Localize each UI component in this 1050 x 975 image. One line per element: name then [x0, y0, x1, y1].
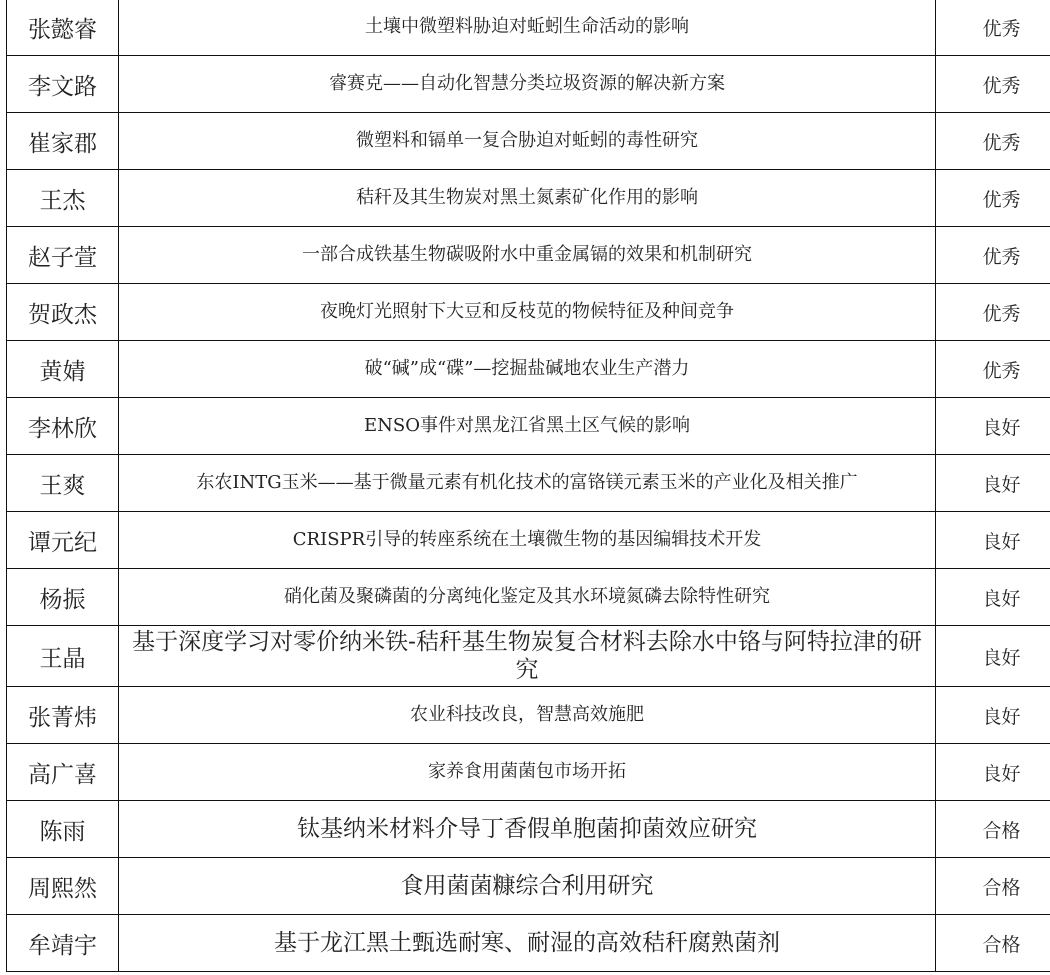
grade: 合格	[936, 858, 1050, 915]
table-row: 张菁炜 农业科技改良，智慧高效施肥 良好	[7, 687, 1050, 744]
project-title: ENSO事件对黑龙江省黑土区气候的影响	[119, 398, 936, 455]
table-row: 杨振 硝化菌及聚磷菌的分离纯化鉴定及其水环境氮磷去除特性研究 良好	[7, 569, 1050, 626]
grade: 良好	[936, 687, 1050, 744]
student-name: 谭元纪	[7, 512, 119, 569]
project-title: 硝化菌及聚磷菌的分离纯化鉴定及其水环境氮磷去除特性研究	[119, 569, 936, 626]
student-name: 王晶	[7, 626, 119, 687]
table-row: 高广喜 家养食用菌菌包市场开拓 良好	[7, 744, 1050, 801]
grade: 合格	[936, 801, 1050, 858]
project-title: CRISPR引导的转座系统在土壤微生物的基因编辑技术开发	[119, 512, 936, 569]
student-name: 王杰	[7, 170, 119, 227]
table-row: 谭元纪 CRISPR引导的转座系统在土壤微生物的基因编辑技术开发 良好	[7, 512, 1050, 569]
grade: 优秀	[936, 170, 1050, 227]
grade: 优秀	[936, 113, 1050, 170]
table-row: 黄婧 破“碱”成“碟”—挖掘盐碱地农业生产潜力 优秀	[7, 341, 1050, 398]
grade: 良好	[936, 744, 1050, 801]
project-title: 破“碱”成“碟”—挖掘盐碱地农业生产潜力	[119, 341, 936, 398]
table-row: 李文路 睿赛克——自动化智慧分类垃圾资源的解决新方案 优秀	[7, 56, 1050, 113]
student-name: 陈雨	[7, 801, 119, 858]
table-row: 王爽 东农INTG玉米——基于微量元素有机化技术的富铬镁元素玉米的产业化及相关推…	[7, 455, 1050, 512]
grade: 良好	[936, 569, 1050, 626]
table-row: 陈雨 钛基纳米材料介导丁香假单胞菌抑菌效应研究 合格	[7, 801, 1050, 858]
project-title: 家养食用菌菌包市场开拓	[119, 744, 936, 801]
table-row: 张懿睿 土壤中微塑料胁迫对蚯蚓生命活动的影响 优秀	[7, 0, 1050, 56]
grade: 优秀	[936, 56, 1050, 113]
grade: 合格	[936, 915, 1050, 972]
student-name: 崔家郡	[7, 113, 119, 170]
table-row: 牟靖宇 基于龙江黑土甄选耐寒、耐湿的高效秸秆腐熟菌剂 合格	[7, 915, 1050, 972]
project-title: 基于深度学习对零价纳米铁-秸秆基生物炭复合材料去除水中铬与阿特拉津的研究	[119, 626, 936, 687]
table-row: 崔家郡 微塑料和镉单一复合胁迫对蚯蚓的毒性研究 优秀	[7, 113, 1050, 170]
table-row: 贺政杰 夜晚灯光照射下大豆和反枝苋的物候特征及种间竞争 优秀	[7, 284, 1050, 341]
project-title: 夜晚灯光照射下大豆和反枝苋的物候特征及种间竞争	[119, 284, 936, 341]
project-title: 基于龙江黑土甄选耐寒、耐湿的高效秸秆腐熟菌剂	[119, 915, 936, 972]
project-title: 秸秆及其生物炭对黑土氮素矿化作用的影响	[119, 170, 936, 227]
student-name: 周熙然	[7, 858, 119, 915]
table-row: 王晶 基于深度学习对零价纳米铁-秸秆基生物炭复合材料去除水中铬与阿特拉津的研究 …	[7, 626, 1050, 687]
grade: 优秀	[936, 0, 1050, 56]
student-name: 李文路	[7, 56, 119, 113]
grade: 良好	[936, 398, 1050, 455]
grade: 优秀	[936, 341, 1050, 398]
table-row: 王杰 秸秆及其生物炭对黑土氮素矿化作用的影响 优秀	[7, 170, 1050, 227]
project-title: 钛基纳米材料介导丁香假单胞菌抑菌效应研究	[119, 801, 936, 858]
student-name: 张懿睿	[7, 0, 119, 56]
student-name: 牟靖宇	[7, 915, 119, 972]
table-row: 周熙然 食用菌菌糠综合利用研究 合格	[7, 858, 1050, 915]
student-name: 杨振	[7, 569, 119, 626]
student-name: 张菁炜	[7, 687, 119, 744]
project-title: 东农INTG玉米——基于微量元素有机化技术的富铬镁元素玉米的产业化及相关推广	[119, 455, 936, 512]
student-name: 贺政杰	[7, 284, 119, 341]
project-title: 土壤中微塑料胁迫对蚯蚓生命活动的影响	[119, 0, 936, 56]
student-name: 高广喜	[7, 744, 119, 801]
project-title: 微塑料和镉单一复合胁迫对蚯蚓的毒性研究	[119, 113, 936, 170]
student-name: 赵子萱	[7, 227, 119, 284]
student-name: 李林欣	[7, 398, 119, 455]
student-name: 王爽	[7, 455, 119, 512]
student-name: 黄婧	[7, 341, 119, 398]
grade: 优秀	[936, 284, 1050, 341]
grade: 良好	[936, 626, 1050, 687]
project-title: 农业科技改良，智慧高效施肥	[119, 687, 936, 744]
grade: 良好	[936, 455, 1050, 512]
table-row: 李林欣 ENSO事件对黑龙江省黑土区气候的影响 良好	[7, 398, 1050, 455]
project-title: 睿赛克——自动化智慧分类垃圾资源的解决新方案	[119, 56, 936, 113]
grade: 良好	[936, 512, 1050, 569]
grade: 优秀	[936, 227, 1050, 284]
table-row: 赵子萱 一部合成铁基生物碳吸附水中重金属镉的效果和机制研究 优秀	[7, 227, 1050, 284]
project-title: 一部合成铁基生物碳吸附水中重金属镉的效果和机制研究	[119, 227, 936, 284]
awards-table: 张懿睿 土壤中微塑料胁迫对蚯蚓生命活动的影响 优秀 李文路 睿赛克——自动化智慧…	[6, 0, 1050, 972]
project-title: 食用菌菌糠综合利用研究	[119, 858, 936, 915]
